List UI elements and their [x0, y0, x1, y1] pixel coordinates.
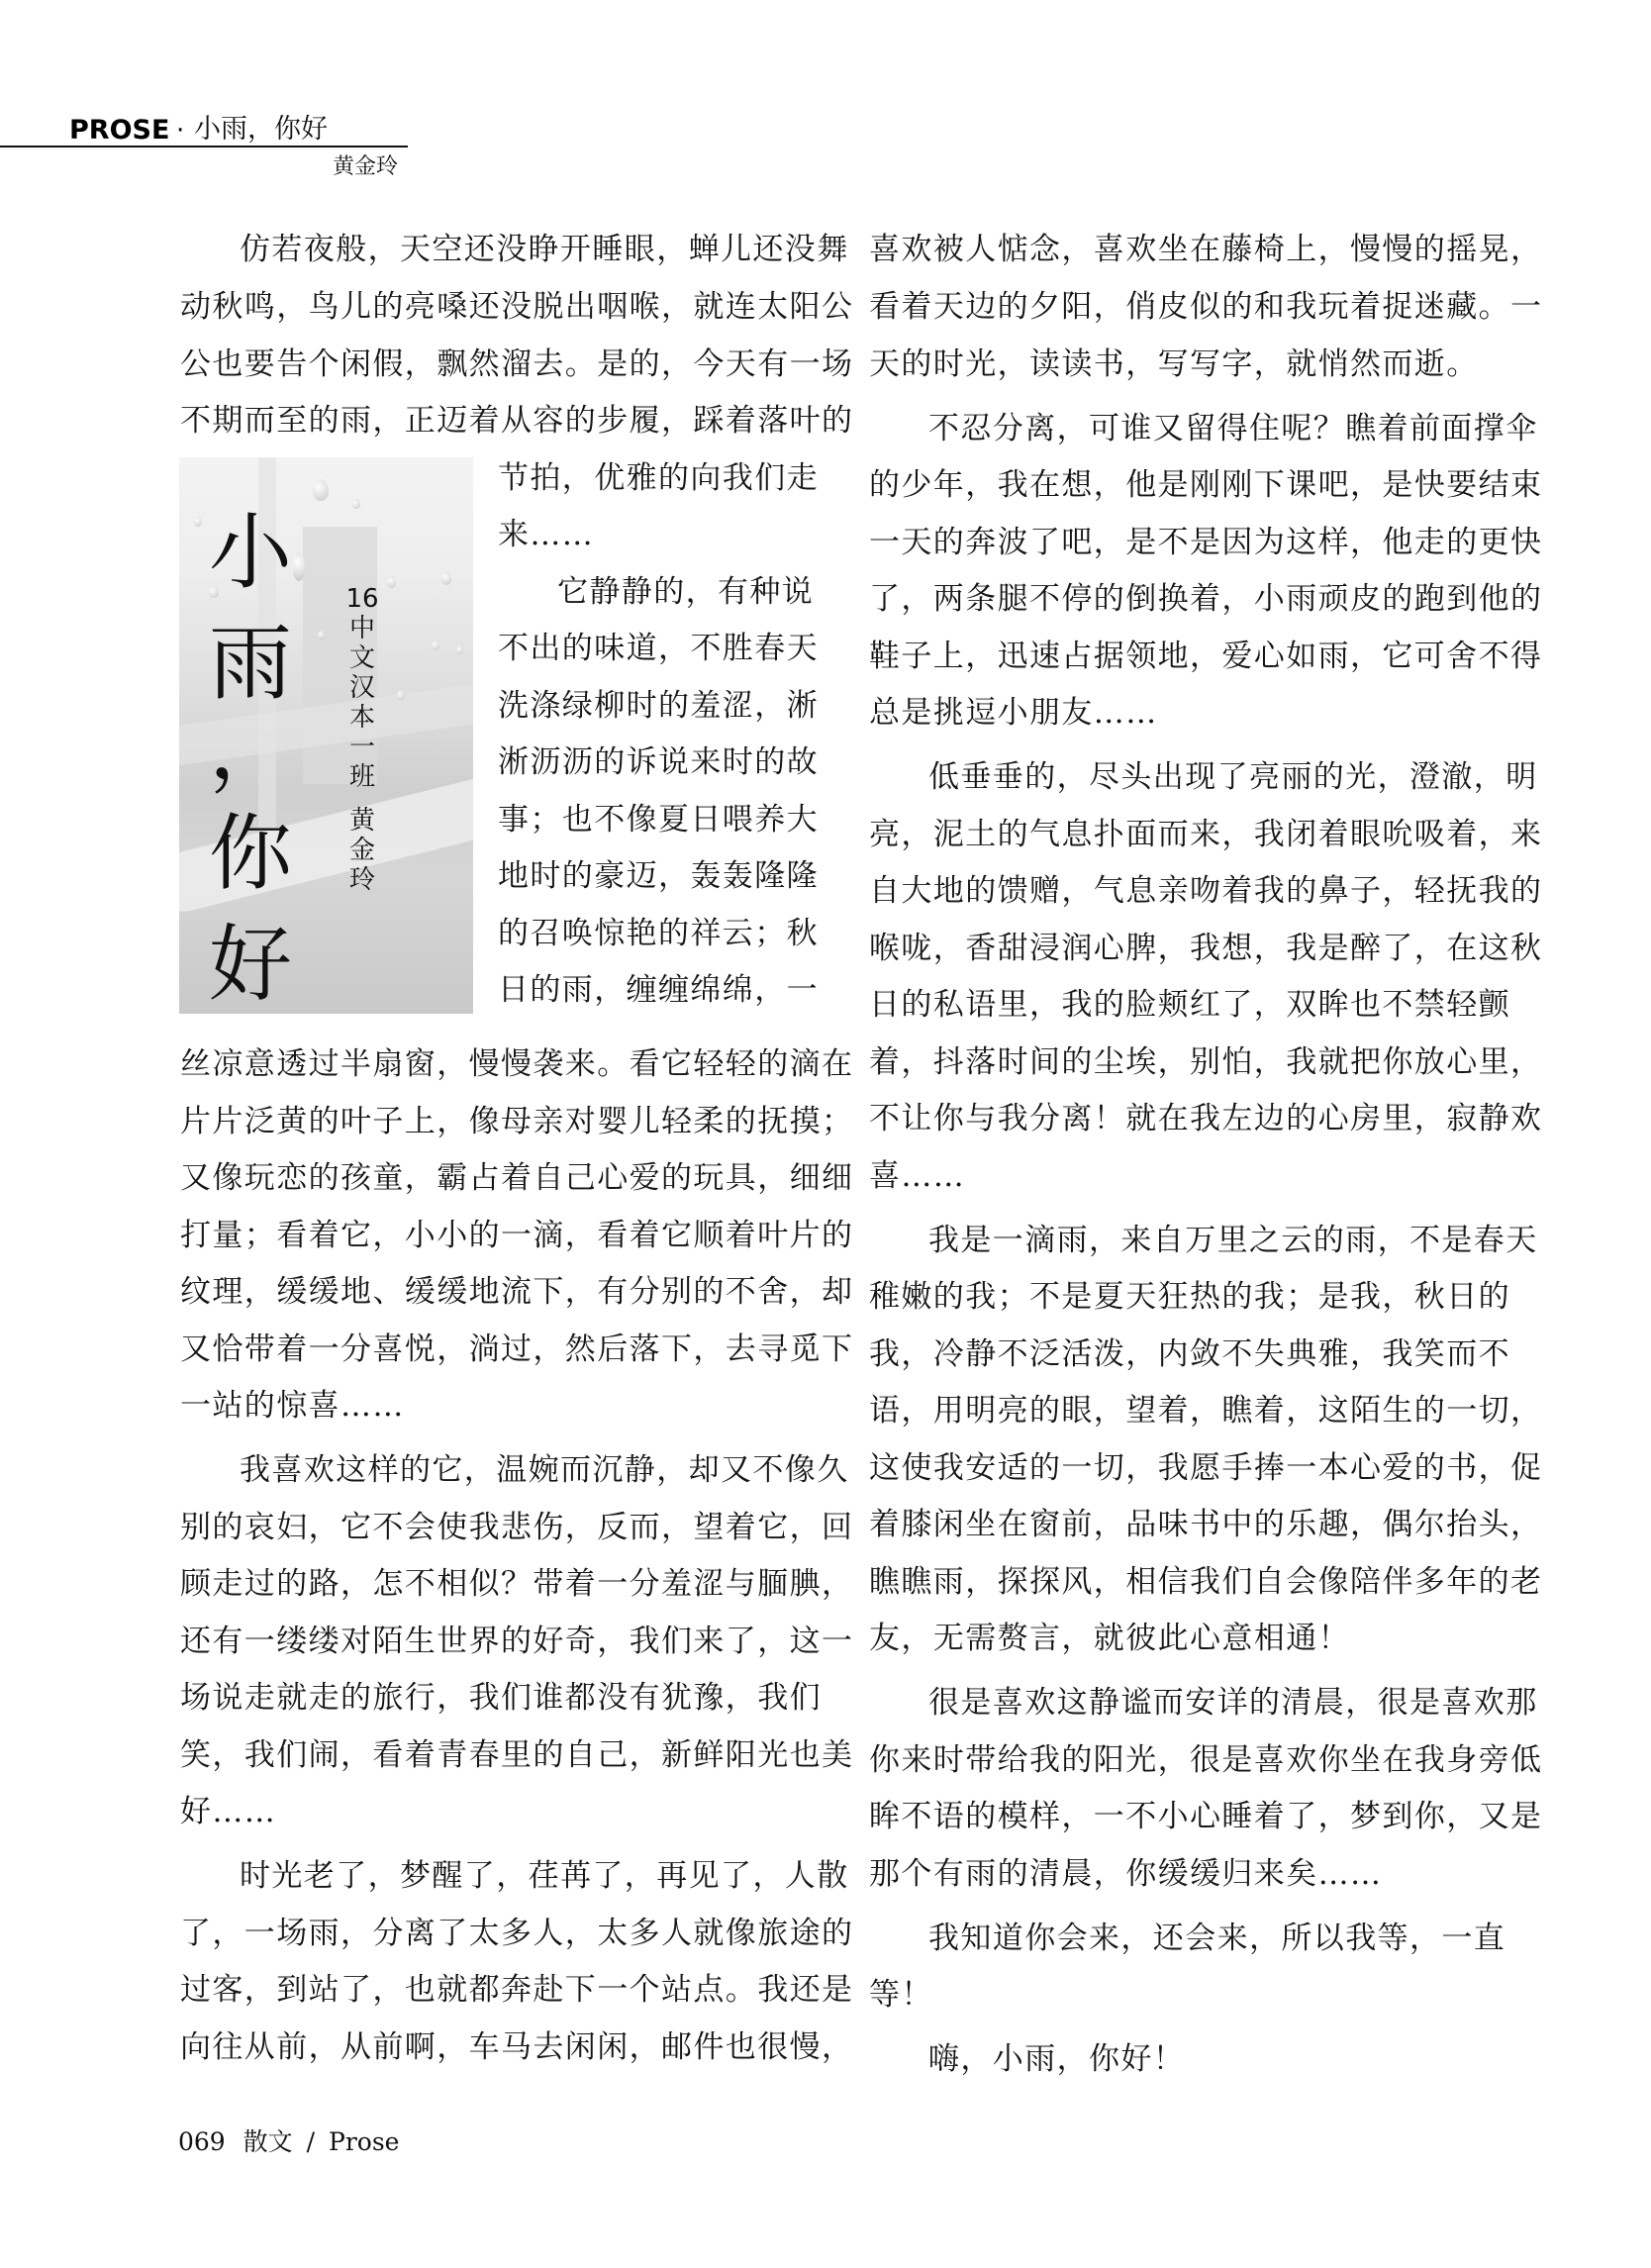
text-line: 这使我安适的一切，我愿手捧一本心爱的书，促 [869, 1448, 1542, 1488]
class-char: 班 [344, 762, 380, 792]
text-line: 喉咙，香甜浸润心脾，我想，我是醉了，在这秋 [869, 929, 1542, 968]
text-line: 眸不语的模样，一不小心睡着了，梦到你，又是 [869, 1797, 1542, 1836]
text-line: 语，用明亮的眼，望着，瞧着，这陌生的一切， [869, 1391, 1542, 1430]
class-char: 本 [344, 703, 380, 733]
text-line: 瞧瞧雨，探探风，相信我们自会像陪伴多年的老 [869, 1562, 1542, 1602]
class-char: 一 [344, 733, 380, 762]
class-char: 16 [344, 584, 380, 614]
raindrop-icon [397, 690, 405, 700]
magazine-name-en: Prose [329, 2127, 399, 2156]
header-author: 黄金玲 [333, 152, 398, 182]
text-line: 日的雨，缠缠绵绵，一 [498, 970, 819, 1010]
text-line: 打量；看着它，小小的一滴，看着它顺着叶片的 [180, 1216, 853, 1255]
text-line: 总是挑逗小朋友…… [869, 693, 1158, 733]
text-line: 喜…… [869, 1156, 965, 1196]
author-byline-vertical: 16 中 文 汉 本 一 班 黄 金 玲 [344, 584, 380, 895]
text-line: 别的哀妇，它不会使我悲伤，反而，望着它，回 [180, 1508, 853, 1547]
text-line: 还有一缕缕对陌生世界的好奇，我们来了，这一 [180, 1622, 853, 1661]
text-line: 亮，泥土的气息扑面而来，我闭着眼吮吸着，来 [869, 815, 1542, 854]
text-line: 节拍，优雅的向我们走 [498, 458, 819, 498]
text-line: 的少年，我在想，他是刚刚下课吧，是快要结束 [869, 465, 1542, 505]
text-line: 纹理，缓缓地、缓缓地流下，有分别的不舍，却 [180, 1272, 853, 1312]
text-line: 地时的豪迈，轰轰隆隆 [498, 856, 819, 896]
text-line: 我知道你会来，还会来，所以我等，一直 [928, 1919, 1505, 1958]
text-line: 丝凉意透过半扇窗，慢慢袭来。看它轻轻的滴在 [180, 1044, 853, 1084]
author-char: 金 [344, 836, 380, 865]
class-char: 中 [344, 614, 380, 643]
header-rule-divider [0, 146, 408, 148]
text-line: 不忍分离，可谁又留得住呢？瞧着前面撑伞 [928, 409, 1538, 448]
raindrop-icon [441, 571, 451, 585]
text-line: 场说走就走的旅行，我们谁都没有犹豫，我们 [180, 1678, 822, 1718]
text-line: 了，两条腿不停的倒换着，小雨顽皮的跑到他的 [869, 579, 1542, 619]
title-illustration: 小 雨 ， 你 好 16 中 文 汉 本 一 班 黄 金 玲 [179, 457, 473, 1014]
text-line: 日的私语里，我的脸颊红了，双眸也不禁轻颤 [869, 985, 1510, 1025]
text-line: 笑，我们闹，看着青春里的自己，新鲜阳光也美 [180, 1735, 853, 1775]
page-number: 069 [178, 2127, 226, 2156]
text-line: 来…… [498, 515, 594, 554]
footer-separator: / [307, 2127, 315, 2156]
title-char: 好 [201, 909, 300, 1014]
text-line: 向往从前，从前啊，车马去闲闲，邮件也很慢， [180, 2027, 853, 2067]
text-line: 事；也不像夏日喂养大 [498, 800, 819, 839]
text-line: 着膝闲坐在窗前，品味书中的乐趣，偶尔抬头， [869, 1505, 1542, 1544]
text-line: 动秋鸣，鸟儿的亮嗓还没脱出咽喉，就连太阳公 [180, 287, 853, 327]
class-char: 汉 [344, 673, 380, 703]
page-footer: 069 散文 / Prose [178, 2126, 409, 2158]
author-char: 黄 [344, 806, 380, 836]
text-line: 过客，到站了，也就都奔赴下一个站点。我还是 [180, 1970, 853, 2010]
text-line: 了，一场雨，分离了太多人，太多人就像旅途的 [180, 1914, 853, 1953]
text-line: 我，冷静不泛活泼，内敛不失典雅，我笑而不 [869, 1334, 1510, 1374]
byline-gap [344, 792, 380, 806]
raindrop-icon [318, 631, 325, 640]
title-char: 你 [201, 798, 300, 909]
text-line: 等！ [869, 1975, 933, 2015]
raindrop-icon [432, 641, 439, 650]
running-title: 小雨，你好 [194, 113, 328, 147]
text-line: 淅沥沥的诉说来时的故 [498, 742, 819, 782]
title-char: 小 [201, 497, 300, 608]
text-line: 又恰带着一分喜悦，淌过，然后落下，去寻觅下 [180, 1330, 853, 1369]
text-line: 不出的味道，不胜春天 [498, 629, 819, 668]
raindrop-icon [352, 499, 360, 509]
text-line: 它静静的，有种说 [557, 572, 814, 612]
text-line: 低垂垂的，尽头出现了亮丽的光，澄澈，明 [928, 757, 1538, 797]
text-line: 时光老了，梦醒了，荏苒了，再见了，人散 [240, 1856, 849, 1896]
author-char: 玲 [344, 865, 380, 895]
magazine-name-cn: 散文 [243, 2127, 293, 2156]
class-char: 文 [344, 643, 380, 673]
text-line: 仿若夜般，天空还没睁开睡眼，蝉儿还没舞 [240, 230, 849, 269]
raindrop-icon [313, 479, 329, 501]
text-line: 那个有雨的清晨，你缓缓归来矣…… [869, 1854, 1382, 1894]
text-line: 自大地的馈赠，气息亲吻着我的鼻子，轻抚我的 [869, 871, 1542, 911]
text-line: 一天的奔波了吧，是不是因为这样，他走的更快 [869, 523, 1542, 562]
text-line: 好…… [180, 1792, 276, 1831]
text-line: 稚嫩的我；不是夏天狂热的我；是我，秋日的 [869, 1277, 1510, 1317]
text-line: 一站的惊喜…… [180, 1386, 405, 1426]
raindrop-icon [387, 576, 396, 588]
text-line: 洗涤绿柳时的羞涩，淅 [498, 686, 819, 726]
calligraphy-title: 小 雨 ， 你 好 [201, 497, 300, 1014]
page-header: PROSE · 小雨，你好 黄金玲 [0, 0, 1651, 198]
section-label: PROSE [69, 115, 169, 147]
text-line: 着，抖落时间的尘埃，别怕，我就把你放心里， [869, 1042, 1542, 1082]
text-line: 友，无需赘言，就彼此心意相通！ [869, 1619, 1350, 1658]
raindrop-icon [456, 645, 463, 654]
text-line: 的召唤惊艳的祥云；秋 [498, 914, 819, 953]
text-line: 片片泛黄的叶子上，像母亲对婴儿轻柔的抚摸； [180, 1102, 853, 1141]
text-line: 不让你与我分离！就在我左边的心房里，寂静欢 [869, 1099, 1542, 1138]
text-line: 不期而至的雨，正迈着从容的步履，踩着落叶的 [180, 401, 853, 441]
text-line: 很是喜欢这静谧而安详的清晨，很是喜欢那 [928, 1683, 1538, 1723]
text-line: 天的时光，读读书，写写字，就悄然而逝。 [869, 345, 1479, 384]
text-line: 看着天边的夕阳，俏皮似的和我玩着捉迷藏。一 [869, 287, 1542, 327]
text-line: 我是一滴雨，来自万里之云的雨，不是春天 [928, 1221, 1538, 1260]
title-char: ， [201, 719, 300, 798]
text-line: 公也要告个闲假，飘然溜去。是的，今天有一场 [180, 345, 853, 384]
text-line: 我喜欢这样的它，温婉而沉静，却又不像久 [240, 1450, 849, 1490]
text-line: 你来时带给我的阳光，很是喜欢你坐在我身旁低 [869, 1740, 1542, 1780]
text-line: 又像玩恋的孩童，霸占着自己心爱的玩具，细细 [180, 1158, 853, 1198]
text-line: 喜欢被人惦念，喜欢坐在藤椅上，慢慢的摇晃， [869, 230, 1542, 269]
text-line: 顾走过的路，怎不相似？带着一分羞涩与腼腆， [180, 1564, 853, 1604]
text-line: 嗨，小雨，你好！ [928, 2039, 1185, 2079]
header-separator: · [176, 115, 184, 147]
text-line: 鞋子上，迅速占据领地，爱心如雨，它可舍不得 [869, 637, 1542, 676]
